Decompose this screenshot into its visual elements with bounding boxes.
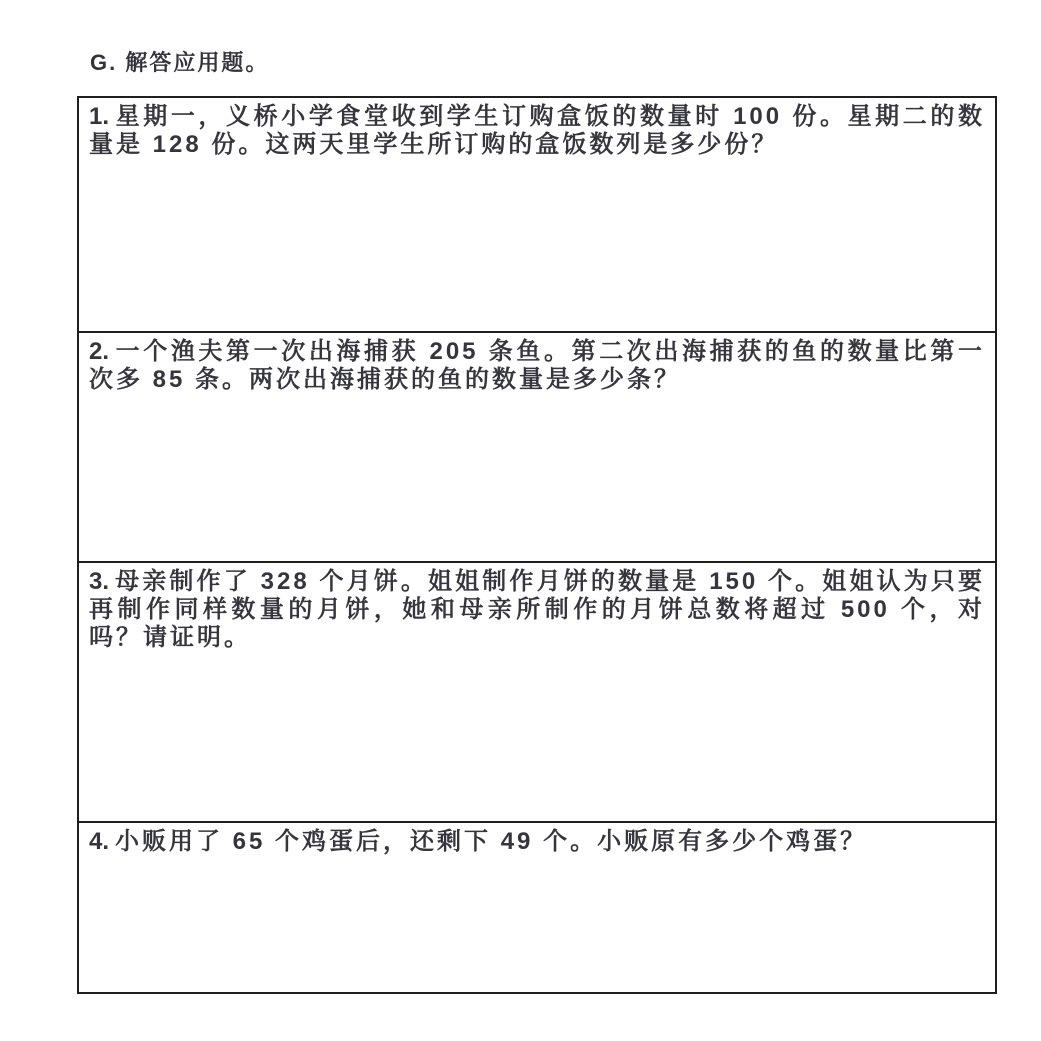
problems-table: 1.星期一，义桥小学食堂收到学生订购盒饭的数量时 100 份。星期二的数量是 1…	[77, 96, 997, 994]
problem-text-1: 1.星期一，义桥小学食堂收到学生订购盒饭的数量时 100 份。星期二的数量是 1…	[89, 103, 985, 159]
problem-number-3: 3.	[89, 568, 109, 595]
problem-text-2: 2.一个渔夫第一次出海捕获 205 条鱼。第二次出海捕获的鱼的数量比第一次多 8…	[89, 338, 985, 394]
problem-row-4: 4.小贩用了 65 个鸡蛋后，还剩下 49 个。小贩原有多少个鸡蛋？	[79, 823, 995, 992]
problem-row-2: 2.一个渔夫第一次出海捕获 205 条鱼。第二次出海捕获的鱼的数量比第一次多 8…	[79, 333, 995, 563]
problem-text-4: 4.小贩用了 65 个鸡蛋后，还剩下 49 个。小贩原有多少个鸡蛋？	[89, 828, 985, 856]
problem-number-2: 2.	[89, 338, 109, 365]
problem-row-1: 1.星期一，义桥小学食堂收到学生订购盒饭的数量时 100 份。星期二的数量是 1…	[79, 98, 995, 333]
problem-number-4: 4.	[89, 828, 109, 855]
problem-text-3: 3.母亲制作了 328 个月饼。姐姐制作月饼的数量是 150 个。姐姐认为只要再…	[89, 568, 985, 652]
problem-body-2: 一个渔夫第一次出海捕获 205 条鱼。第二次出海捕获的鱼的数量比第一次多 85 …	[89, 338, 985, 393]
problem-number-1: 1.	[89, 103, 109, 130]
problem-body-1: 星期一，义桥小学食堂收到学生订购盒饭的数量时 100 份。星期二的数量是 128…	[89, 103, 985, 158]
worksheet-page: G. 解答应用题。 1.星期一，义桥小学食堂收到学生订购盒饭的数量时 100 份…	[0, 0, 1041, 1041]
problem-row-3: 3.母亲制作了 328 个月饼。姐姐制作月饼的数量是 150 个。姐姐认为只要再…	[79, 563, 995, 823]
problem-body-4: 小贩用了 65 个鸡蛋后，还剩下 49 个。小贩原有多少个鸡蛋？	[115, 828, 867, 855]
problem-body-3: 母亲制作了 328 个月饼。姐姐制作月饼的数量是 150 个。姐姐认为只要再制作…	[89, 568, 985, 651]
section-title: G. 解答应用题。	[90, 46, 269, 77]
